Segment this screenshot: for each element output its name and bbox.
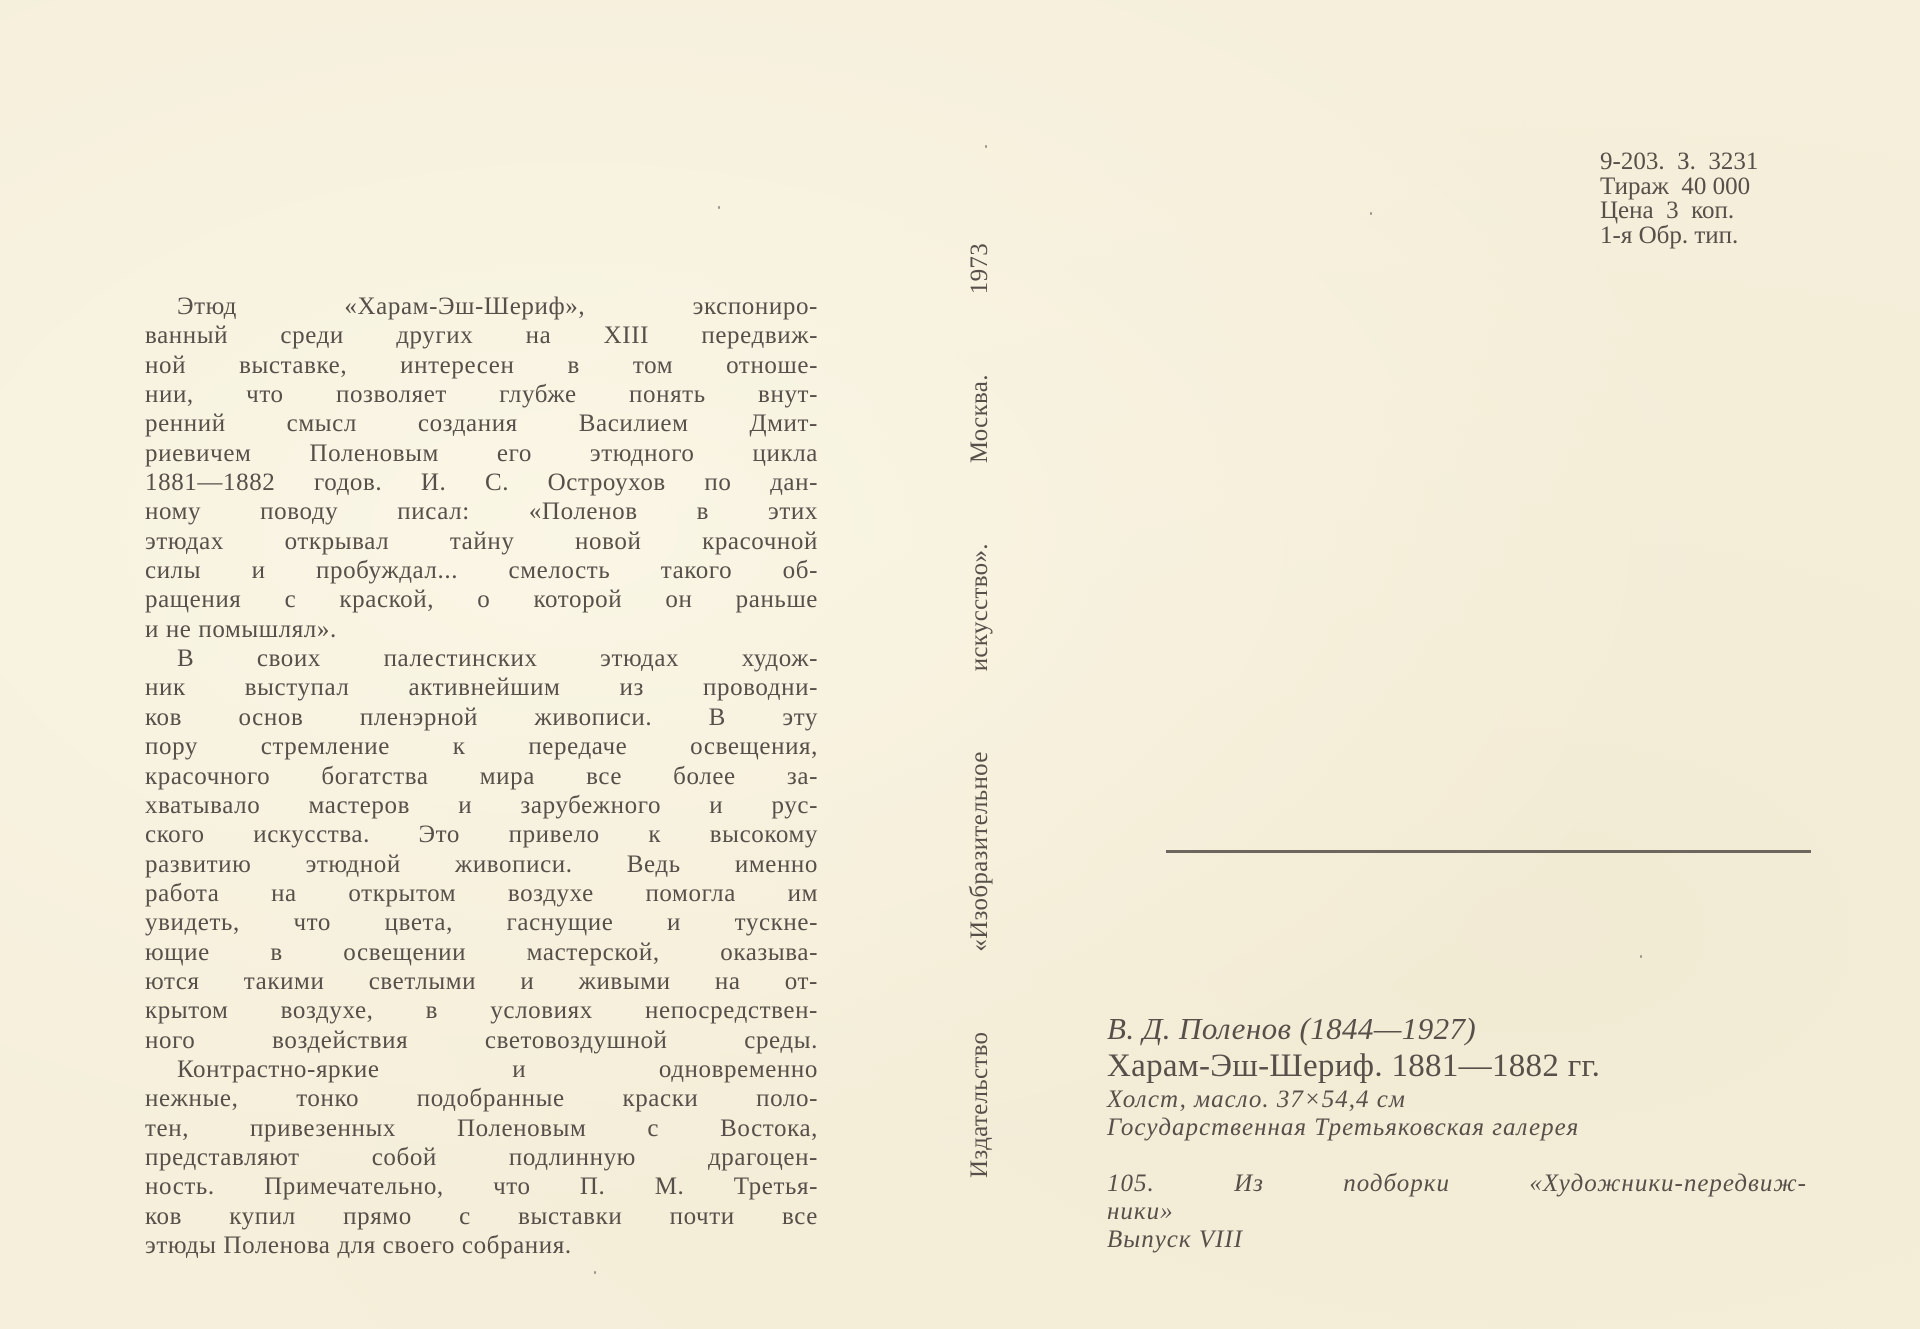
artist-name: В. Д. Поленов (1844—1927) [1107, 1012, 1807, 1046]
text-line: ность. Примечательно, что П. М. Третья- [145, 1172, 818, 1201]
text-line: ющие в освещении мастерской, оказыва- [145, 938, 818, 967]
text-line: ному поводу писал: «Поленов в этих [145, 497, 818, 526]
text-line: ник выступал активнейшим из проводни- [145, 673, 818, 702]
print-run: Тираж 40 000 [1600, 175, 1758, 200]
series-line: ники» [1107, 1198, 1807, 1226]
text-line: этюды Поленова для своего собрания. [145, 1231, 818, 1260]
text-line: ков купил прямо с выставки почти все [145, 1202, 818, 1231]
text-line: представляют собой подлинную драгоцен- [145, 1143, 818, 1172]
artwork-collection: Государственная Третьяковская галерея [1107, 1114, 1807, 1142]
paper-speck [1370, 212, 1372, 215]
text-line: хватывало мастеров и зарубежного и рус- [145, 791, 818, 820]
description-text: Этюд «Харам-Эш-Шериф», экспониро- ванный… [145, 292, 818, 1260]
paper-speck [985, 145, 987, 148]
text-line: ной выставке, интересен в том отноше- [145, 351, 818, 380]
text-line: ного воздействия световоздушной среды. [145, 1026, 818, 1055]
text-line: силы и пробуждал... смелость такого об- [145, 556, 818, 585]
text-line: ренний смысл создания Василием Дмит- [145, 409, 818, 438]
address-rule-divider [1166, 850, 1811, 853]
series-info: 105. Из подборки «Художники-передвиж- ни… [1107, 1170, 1807, 1254]
text-line: ванный среди других на XIII передвиж- [145, 321, 818, 350]
price: Цена 3 коп. [1600, 199, 1758, 224]
issue-number: Выпуск VIII [1107, 1226, 1807, 1254]
text-line: ются такими светлыми и живыми на от- [145, 967, 818, 996]
text-line: 1881—1882 годов. И. С. Остроухов по дан- [145, 468, 818, 497]
paper-speck [1640, 955, 1642, 958]
text-line: ского искусства. Это привело к высокому [145, 820, 818, 849]
text-line: пору стремление к передаче освещения, [145, 732, 818, 761]
text-line: крытом воздухе, в условиях непосредствен… [145, 996, 818, 1025]
text-line: увидеть, что цвета, гаснущие и тускне- [145, 908, 818, 937]
text-line: развитию этюдной живописи. Ведь именно [145, 850, 818, 879]
text-line: тен, привезенных Поленовым с Востока, [145, 1114, 818, 1143]
artwork-title: Харам-Эш-Шериф. 1881—1882 гг. [1107, 1046, 1807, 1086]
text-line: ращения с краской, о которой он раньше [145, 585, 818, 614]
text-line: нежные, тонко подобранные краски поло- [145, 1084, 818, 1113]
text-line: ков основ пленэрной живописи. В эту [145, 703, 818, 732]
paper-speck [594, 1271, 596, 1274]
text-line: работа на открытом воздухе помогла им [145, 879, 818, 908]
text-line: нии, что позволяет глубже понять внут- [145, 380, 818, 409]
artwork-caption: В. Д. Поленов (1844—1927) Харам-Эш-Шериф… [1107, 1012, 1807, 1254]
publisher-imprint-vertical: Издательство «Изобразительное искусство»… [966, 243, 994, 1178]
series-line: 105. Из подборки «Художники-передвиж- [1107, 1170, 1807, 1198]
printing-house: 1-я Обр. тип. [1600, 224, 1758, 249]
order-number: 9-203. З. 3231 [1600, 150, 1758, 175]
print-run-info: 9-203. З. 3231 Тираж 40 000 Цена 3 коп. … [1600, 150, 1758, 248]
text-line: риевичем Поленовым его этюдного цикла [145, 439, 818, 468]
text-line: и не помышлял». [145, 615, 818, 644]
paper-speck [718, 206, 720, 209]
text-line: В своих палестинских этюдах худож- [145, 644, 818, 673]
text-line: Контрастно-яркие и одновременно [145, 1055, 818, 1084]
text-line: Этюд «Харам-Эш-Шериф», экспониро- [145, 292, 818, 321]
text-line: красочного богатства мира все более за- [145, 762, 818, 791]
artwork-medium: Холст, масло. 37×54,4 см [1107, 1086, 1807, 1114]
text-line: этюдах открывал тайну новой красочной [145, 527, 818, 556]
